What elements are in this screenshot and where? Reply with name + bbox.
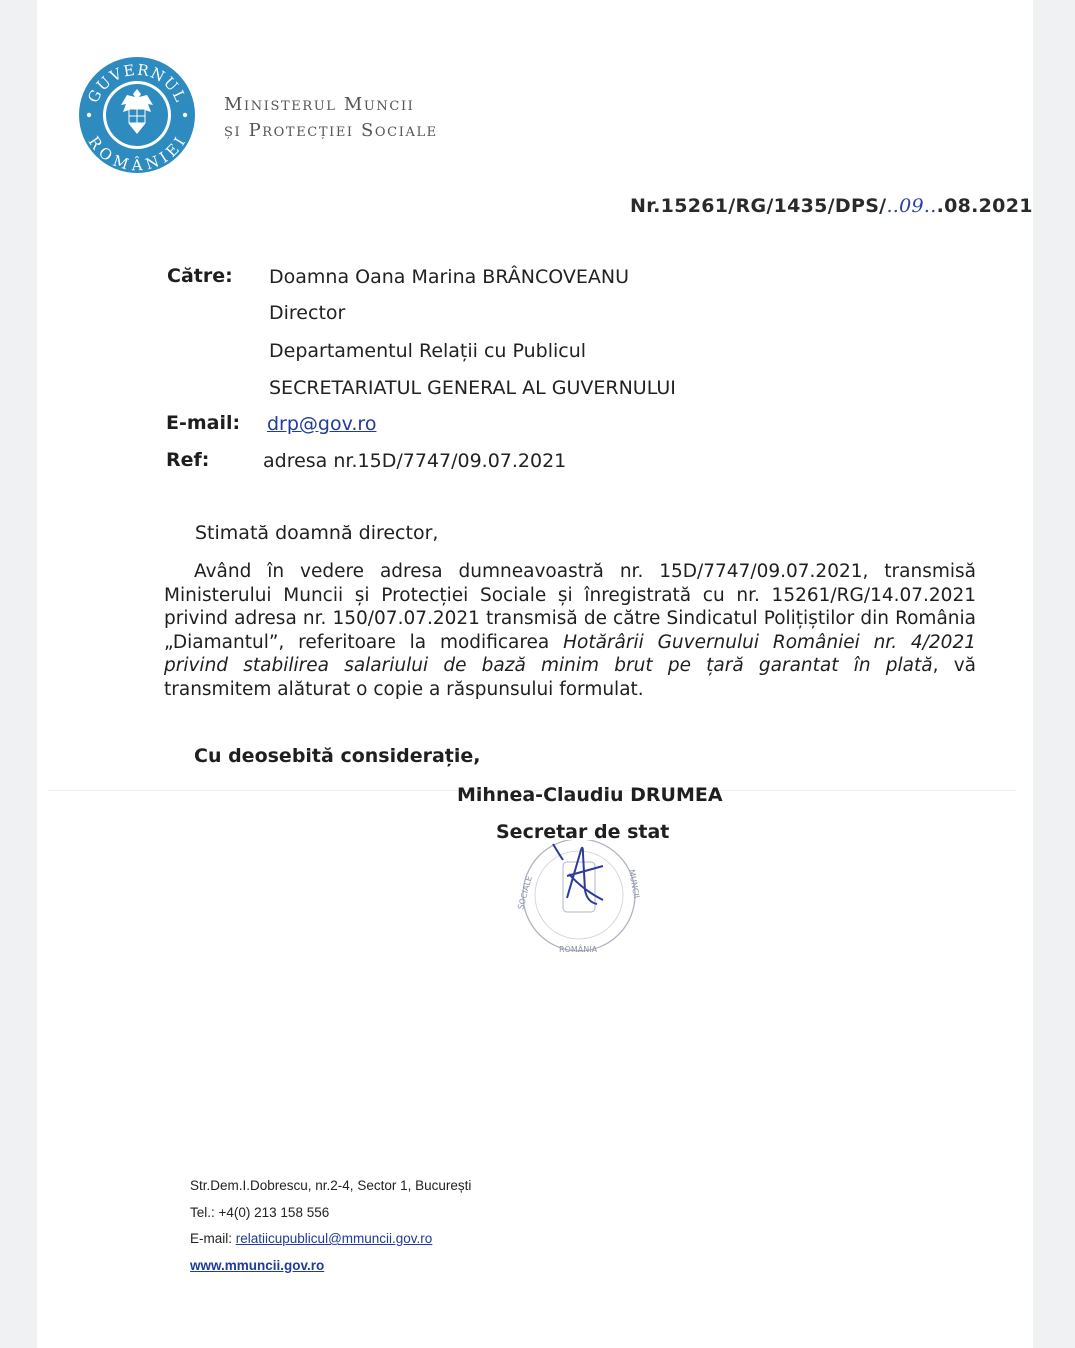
svg-text:ROMÂNIA: ROMÂNIA [559, 943, 598, 954]
ref-label: Ref: [166, 449, 209, 471]
recipient-institution: SECRETARIATUL GENERAL AL GUVERNULUI [269, 377, 676, 399]
handwritten-day: ..09.. [886, 195, 936, 217]
recipient-position: Director [269, 302, 345, 324]
letter-page: GUVERNUL ROMÂNIEI Ministerul Muncii și P… [37, 0, 1033, 1348]
footer-email-link[interactable]: relatiicupublicul@mmuncii.gov.ro [236, 1231, 433, 1246]
recipient-email-link[interactable]: drp@gov.ro [267, 413, 376, 435]
svg-text:MUNCII: MUNCII [627, 869, 641, 899]
letter-body: Având în vedere adresa dumneavoastră nr.… [164, 560, 976, 701]
government-emblem-icon: GUVERNUL ROMÂNIEI [77, 55, 197, 175]
ref-value: adresa nr.15D/7747/09.07.2021 [263, 450, 566, 472]
recipient-department: Departamentul Relații cu Publicul [269, 340, 586, 362]
ministry-name-line1: Ministerul Muncii [224, 92, 438, 118]
recipient-name: Doamna Oana Marina BRÂNCOVEANU [269, 266, 629, 288]
signer-name: Mihnea-Claudiu DRUMEA [457, 784, 723, 806]
svg-text:SOCIALE: SOCIALE [516, 875, 534, 910]
email-label: E-mail: [166, 412, 240, 434]
ministry-name: Ministerul Muncii și Protecției Sociale [224, 92, 438, 144]
greeting: Stimată doamnă director, [195, 522, 438, 544]
footer-phone: Tel.: +4(0) 213 158 556 [190, 1200, 471, 1227]
registration-number: Nr.15261/RG/1435/DPS/..09...08.2021 [630, 195, 1033, 217]
to-label: Către: [167, 265, 233, 287]
ministry-name-line2: și Protecției Sociale [224, 118, 438, 144]
official-stamp-signature-icon: SOCIALE MUNCII ROMÂNIA [507, 840, 652, 960]
closing: Cu deosebită considerație, [194, 745, 481, 767]
footer-contact: Str.Dem.I.Dobrescu, nr.2-4, Sector 1, Bu… [190, 1173, 471, 1279]
footer-email-row: E-mail: relatiicupublicul@mmuncii.gov.ro [190, 1226, 471, 1253]
footer-address: Str.Dem.I.Dobrescu, nr.2-4, Sector 1, Bu… [190, 1173, 471, 1200]
footer-website-link[interactable]: www.mmuncii.gov.ro [190, 1258, 324, 1273]
